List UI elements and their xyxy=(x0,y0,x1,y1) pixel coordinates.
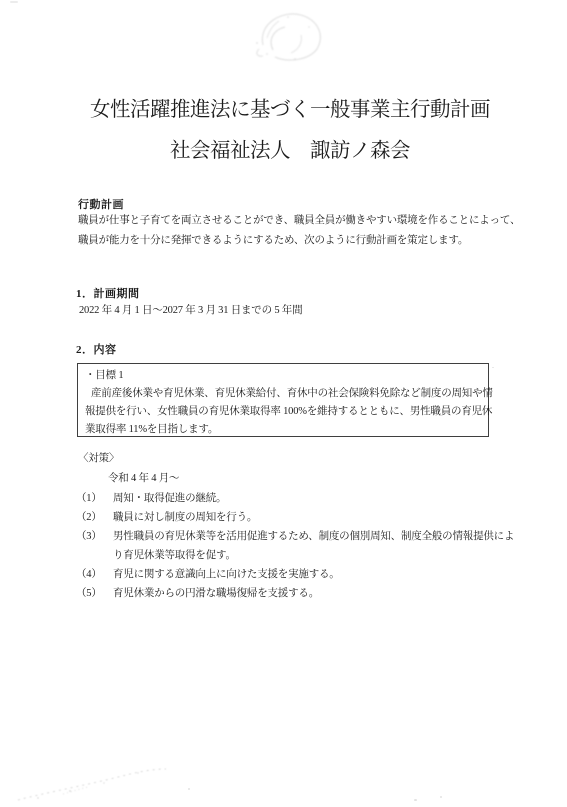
goal-box: ・目標 1 産前産後休業や育児休業、育児休業給付、育休中の社会保険料免除など制度… xyxy=(77,363,489,437)
measure-text: 育児に関する意識向上に向けた支援を実施する。 xyxy=(113,565,340,584)
action-plan-heading: 行動計画 xyxy=(78,196,124,212)
document-title: 女性活躍推進法に基づく一般事業主行動計画 xyxy=(13,92,567,122)
measure-item-4: （4） 育児に関する意識向上に向けた支援を実施する。 xyxy=(76,565,514,584)
measure-marker: （3） xyxy=(76,527,113,565)
period-heading: 1．計画期間 xyxy=(76,285,140,301)
measure-text-line-2: り育児休業等取得を促す。 xyxy=(113,546,514,565)
measure-text-line-1: 男性職員の育児休業等を活用促進するため、制度の個別周知、制度全般の情報提供によ xyxy=(113,527,514,546)
action-plan-line-2: 職員が能力を十分に発揮できるようにするため、次のように行動計画を策定します。 xyxy=(78,231,520,251)
measure-text: 男性職員の育児休業等を活用促進するため、制度の個別周知、制度全般の情報提供によ … xyxy=(113,527,514,565)
scan-speck xyxy=(414,799,417,801)
measures-list: （1） 周知・取得促進の継続。 （2） 職員に対し制度の周知を行う。 （3） 男… xyxy=(76,489,514,603)
period-value: 2022 年 4 月 1 日～2027 年 3 月 31 日までの 5 年間 xyxy=(79,301,302,321)
action-plan-paragraph: 職員が仕事と子育てを両立させることができ、職員全員が働きやすい環境を作ることによ… xyxy=(78,211,520,251)
measure-marker: （5） xyxy=(76,584,113,603)
measure-text: 職員に対し制度の周知を行う。 xyxy=(113,508,257,527)
goal-line-3: 業取得率 11%を目指します。 xyxy=(85,421,481,439)
measure-marker: （4） xyxy=(76,565,113,584)
document-subtitle: 社会福祉法人 諏訪ノ森会 xyxy=(13,133,567,163)
scan-speck xyxy=(492,367,494,368)
measure-text: 周知・取得促進の継続。 xyxy=(113,489,226,508)
content-heading: 2．内容 xyxy=(76,341,117,357)
measure-item-1: （1） 周知・取得促進の継続。 xyxy=(76,489,514,508)
measure-item-2: （2） 職員に対し制度の周知を行う。 xyxy=(76,508,514,527)
scan-speck xyxy=(10,1,18,3)
goal-line-2: 報提供を行い、女性職員の育児休業取得率 100%を維持するとともに、男性職員の育… xyxy=(85,403,481,421)
measure-item-5: （5） 育児休業からの円滑な職場復帰を支援する。 xyxy=(76,584,514,603)
goal-line-1: 産前産後休業や育児休業、育児休業給付、育休中の社会保険料免除など制度の周知や情 xyxy=(85,385,481,403)
measures-heading: 〈対策〉 xyxy=(78,449,119,469)
scan-scratch xyxy=(8,742,178,804)
scanned-document-page: 女性活躍推進法に基づく一般事業主行動計画 社会福祉法人 諏訪ノ森会 行動計画 職… xyxy=(0,0,567,807)
measure-marker: （1） xyxy=(76,489,113,508)
measure-item-3: （3） 男性職員の育児休業等を活用促進するため、制度の個別周知、制度全般の情報提… xyxy=(76,527,514,565)
goal-label: ・目標 1 xyxy=(85,367,481,385)
action-plan-line-1: 職員が仕事と子育てを両立させることができ、職員全員が働きやすい環境を作ることによ… xyxy=(78,211,520,231)
measure-text: 育児休業からの円滑な職場復帰を支援する。 xyxy=(113,584,319,603)
measures-start-date: 令和 4 年 4 月～ xyxy=(108,469,179,489)
scan-speck xyxy=(188,788,190,790)
scan-smudge xyxy=(243,5,333,65)
measure-marker: （2） xyxy=(76,508,113,527)
scan-speck xyxy=(440,796,442,798)
